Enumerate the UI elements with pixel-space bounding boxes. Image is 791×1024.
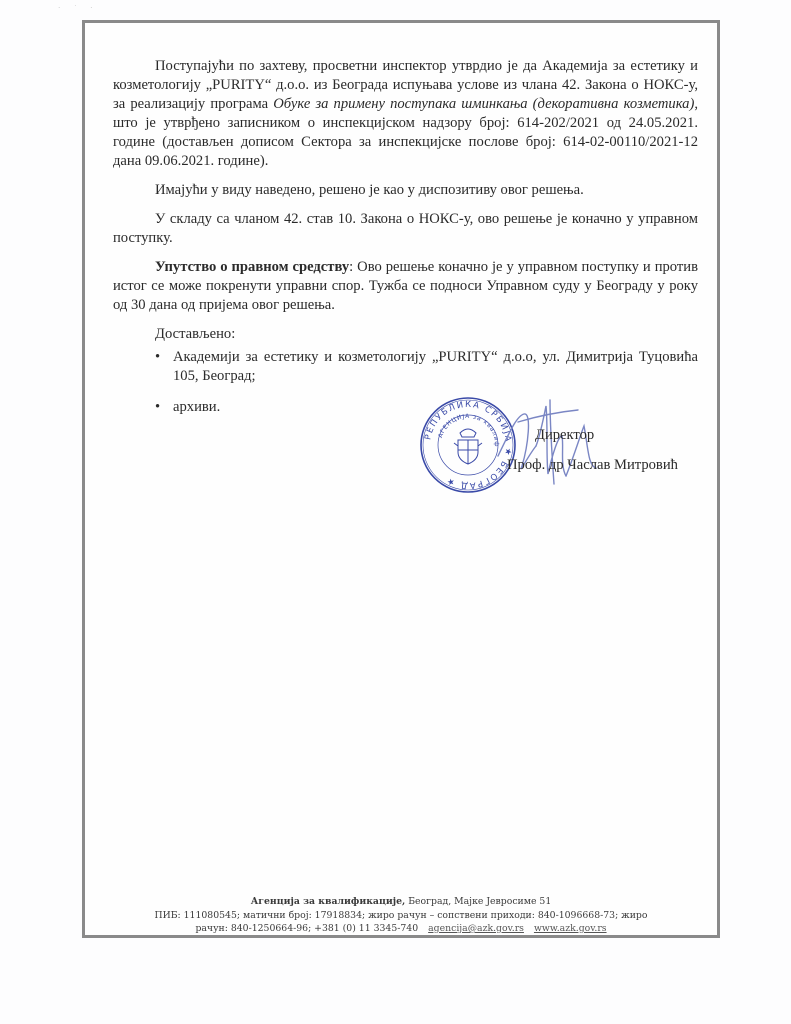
- footer-email-link[interactable]: agencija@azk.gov.rs: [428, 923, 524, 934]
- paragraph-inspection-findings: Поступајући по захтеву, просветни инспек…: [113, 57, 698, 171]
- paragraph-final-decision: У складу са чланом 42. став 10. Закона о…: [113, 210, 698, 248]
- footer-website-link[interactable]: www.azk.gov.rs: [534, 923, 607, 934]
- director-title: Директор: [535, 427, 594, 444]
- footer-address-line: Агенција за квалификације, Београд, Мајк…: [90, 895, 712, 909]
- bullet-icon: •: [155, 348, 160, 367]
- program-name: Обуке за примену поступака шминкања (дек…: [273, 96, 694, 112]
- letterhead-footer: Агенција за квалификације, Београд, Мајк…: [90, 895, 712, 936]
- document-body: Поступајући по захтеву, просветни инспек…: [113, 57, 698, 429]
- list-item: •Академији за естетику и козметологију „…: [173, 348, 698, 386]
- scan-artifact: · ˙ ·: [58, 4, 99, 12]
- legal-remedy-label: Упутство о правном средству: [155, 259, 349, 275]
- delivered-to-label: Достављено:: [113, 325, 698, 344]
- bullet-icon: •: [155, 398, 160, 417]
- footer-registration-line: ПИБ: 111080545; матични број: 17918834; …: [90, 909, 712, 923]
- footer-org-name: Агенција за квалификације,: [251, 896, 406, 907]
- director-name: Проф. др Часлав Митровић: [507, 457, 678, 474]
- paragraph-legal-remedy: Упутство о правном средству: Ово решење …: [113, 258, 698, 315]
- footer-contact-line: рачун: 840-1250664-96; +381 (0) 11 3345-…: [90, 922, 712, 936]
- paragraph-decision: Имајући у виду наведено, решено је као у…: [113, 181, 698, 200]
- recipients-list: •Академији за естетику и козметологију „…: [113, 348, 698, 417]
